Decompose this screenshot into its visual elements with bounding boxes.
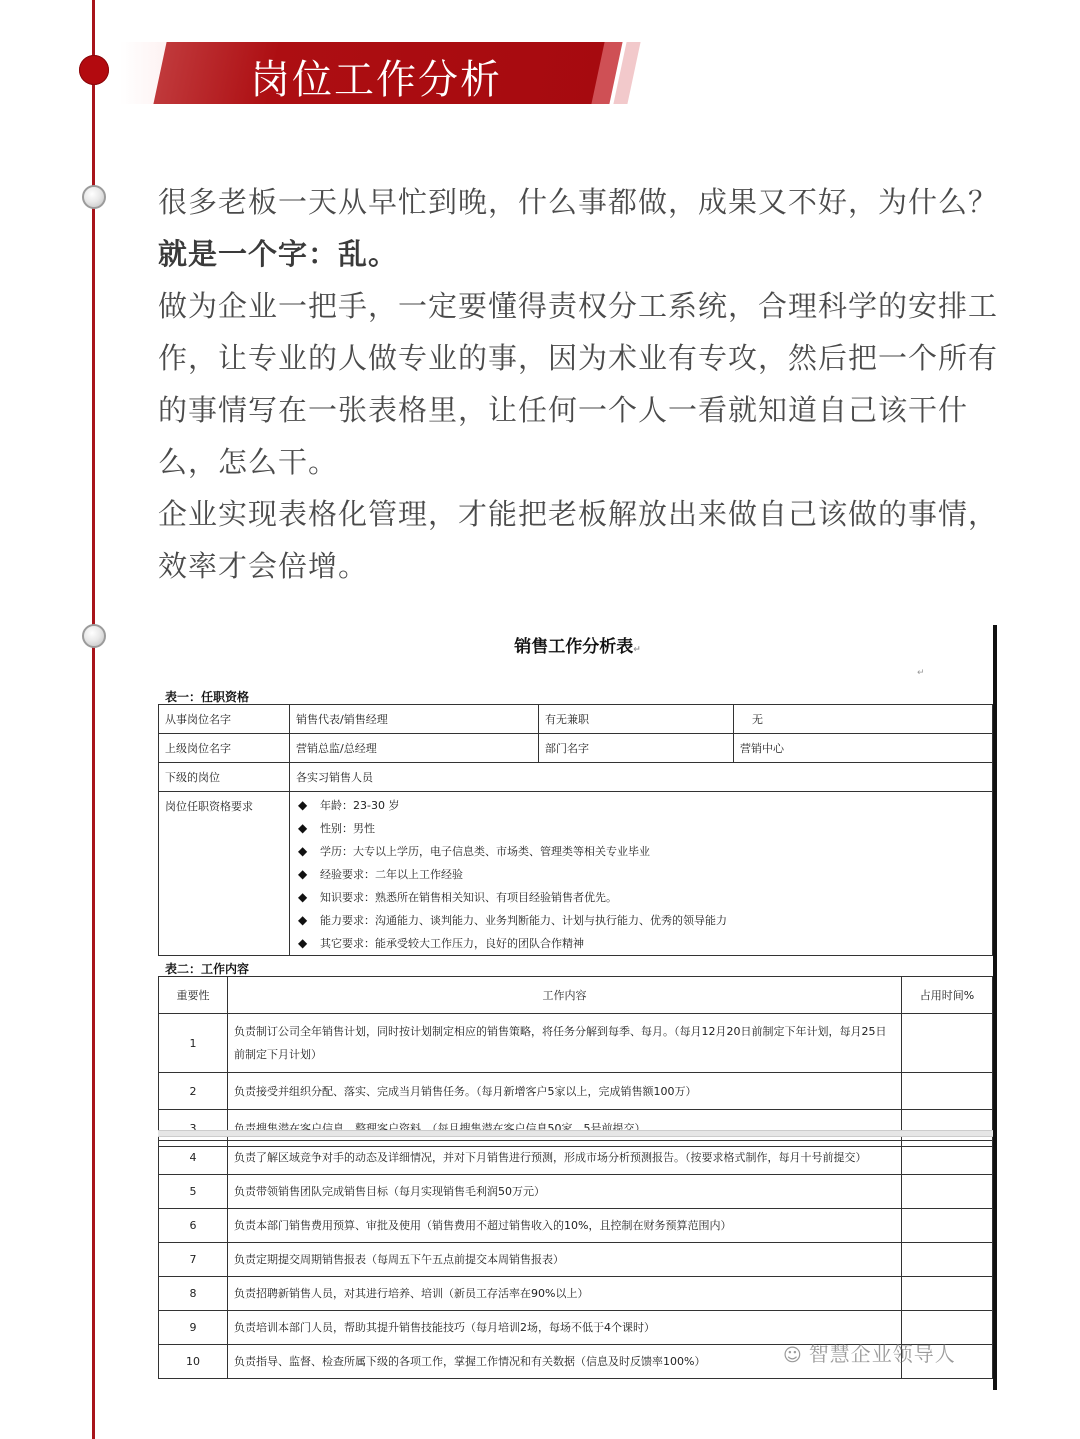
table-row: 从事岗位名字 销售代表/销售经理 有无兼职 无: [159, 705, 993, 734]
list-item: ◆其它要求：能承受较大工作压力，良好的团队合作精神: [296, 932, 986, 955]
page-edge: [993, 625, 997, 1390]
diamond-bullet-icon: ◆: [298, 794, 307, 817]
table-cell: 无: [734, 705, 993, 734]
table-row: 6 负责本部门销售费用预算、审批及使用（销售费用不超过销售收入的10%，且控制在…: [159, 1209, 993, 1243]
table-cell: [902, 1014, 993, 1073]
table-header-row: 重要性 工作内容 占用时间%: [159, 977, 993, 1014]
table-cell: 销售代表/销售经理: [290, 705, 539, 734]
table-cell: 6: [159, 1209, 228, 1243]
table-cell: 负责带领销售团队完成销售目标（每月实现销售毛利润50万元）: [228, 1175, 902, 1209]
diamond-bullet-icon: ◆: [298, 886, 307, 909]
table-cell: [902, 1209, 993, 1243]
requirements-cell: ◆年龄：23-30 岁 ◆性别：男性 ◆学历：大专以上学历，电子信息类、市场类、…: [290, 792, 993, 956]
table-cell: 负责本部门销售费用预算、审批及使用（销售费用不超过销售收入的10%，且控制在财务…: [228, 1209, 902, 1243]
table-cell: 9: [159, 1311, 228, 1345]
column-header: 占用时间%: [902, 977, 993, 1014]
table-cell: [902, 1175, 993, 1209]
list-item: ◆年龄：23-30 岁: [296, 794, 986, 817]
table-cell: 各实习销售人员: [290, 763, 993, 792]
column-header: 重要性: [159, 977, 228, 1014]
table-cell: 1: [159, 1014, 228, 1073]
table-cell: 岗位任职资格要求: [159, 792, 290, 956]
table-cell: 负责接受并组织分配、落实、完成当月销售任务。（每月新增客户5家以上，完成销售额1…: [228, 1073, 902, 1110]
table-cell: 营销中心: [734, 734, 993, 763]
work-content-table: 重要性 工作内容 占用时间% 1 负责制订公司全年销售计划，同时按计划制定相应的…: [158, 976, 993, 1147]
diamond-bullet-icon: ◆: [298, 863, 307, 886]
table-cell: [902, 1243, 993, 1277]
intro-question: 很多老板一天从早忙到晚，什么事都做，成果又不好，为什么？: [158, 176, 1018, 228]
intro-paragraph: 做为企业一把手，一定要懂得责权分工系统，合理科学的安排工作，让专业的人做专业的事…: [158, 280, 1018, 488]
table-row: 7 负责定期提交周期销售报表（每周五下午五点前提交本周销售报表）: [159, 1243, 993, 1277]
list-item: ◆经验要求：二年以上工作经验: [296, 863, 986, 886]
timeline-dot-active-icon: [79, 55, 109, 85]
table-cell: 下级的岗位: [159, 763, 290, 792]
table-row: 岗位任职资格要求 ◆年龄：23-30 岁 ◆性别：男性 ◆学历：大专以上学历，电…: [159, 792, 993, 956]
watermark: ☺智慧企业领导人: [783, 1338, 956, 1367]
timeline-line: [92, 0, 95, 1439]
list-item: ◆学历：大专以上学历，电子信息类、市场类、管理类等相关专业毕业: [296, 840, 986, 863]
table-cell: 4: [159, 1141, 228, 1175]
table-cell: 5: [159, 1175, 228, 1209]
table-row: 上级岗位名字 营销总监/总经理 部门名字 营销中心: [159, 734, 993, 763]
document-title: 销售工作分析表↵: [155, 632, 1000, 657]
page-break: [158, 1130, 993, 1137]
table-cell: 从事岗位名字: [159, 705, 290, 734]
diamond-bullet-icon: ◆: [298, 932, 307, 955]
table-cell: [902, 1141, 993, 1175]
table-row: 5 负责带领销售团队完成销售目标（每月实现销售毛利润50万元）: [159, 1175, 993, 1209]
table-cell: 2: [159, 1073, 228, 1110]
list-item: ◆能力要求：沟通能力、谈判能力、业务判断能力、计划与执行能力、优秀的领导能力: [296, 909, 986, 932]
table-cell: 负责了解区域竞争对手的动态及详细情况，并对下月销售进行预测，形成市场分析预测报告…: [228, 1141, 902, 1175]
table-row: 4 负责了解区域竞争对手的动态及详细情况，并对下月销售进行预测，形成市场分析预测…: [159, 1141, 993, 1175]
table1-label: 表一：任职资格: [165, 688, 249, 705]
table-cell: 上级岗位名字: [159, 734, 290, 763]
section-banner: 岗位工作分析: [120, 42, 640, 104]
requirements-list: ◆年龄：23-30 岁 ◆性别：男性 ◆学历：大专以上学历，电子信息类、市场类、…: [296, 794, 986, 955]
section-title: 岗位工作分析: [250, 48, 502, 105]
list-item: ◆性别：男性: [296, 817, 986, 840]
table-cell: 负责制订公司全年销售计划，同时按计划制定相应的销售策略，将任务分解到每季、每月。…: [228, 1014, 902, 1073]
intro-text: 很多老板一天从早忙到晚，什么事都做，成果又不好，为什么？ 就是一个字：乱。 做为…: [158, 176, 1018, 592]
table-cell: 负责招聘新销售人员，对其进行培养、培训（新员工存活率在90%以上）: [228, 1277, 902, 1311]
return-mark: ↵: [917, 668, 925, 678]
table-cell: 营销总监/总经理: [290, 734, 539, 763]
table-row: 2 负责接受并组织分配、落实、完成当月销售任务。（每月新增客户5家以上，完成销售…: [159, 1073, 993, 1110]
timeline-dot-icon: [82, 185, 106, 209]
diamond-bullet-icon: ◆: [298, 840, 307, 863]
diamond-bullet-icon: ◆: [298, 817, 307, 840]
qualification-table: 从事岗位名字 销售代表/销售经理 有无兼职 无 上级岗位名字 营销总监/总经理 …: [158, 704, 993, 956]
table-cell: 10: [159, 1345, 228, 1379]
table-row: 1 负责制订公司全年销售计划，同时按计划制定相应的销售策略，将任务分解到每季、每…: [159, 1014, 993, 1073]
document-screenshot: 销售工作分析表↵ ↵ 表一：任职资格 从事岗位名字 销售代表/销售经理 有无兼职…: [155, 622, 1000, 1392]
table-cell: [902, 1277, 993, 1311]
table-cell: 有无兼职: [539, 705, 734, 734]
timeline-dot-icon: [82, 624, 106, 648]
intro-answer: 就是一个字：乱。: [158, 228, 1018, 280]
table-cell: 部门名字: [539, 734, 734, 763]
table-cell: 7: [159, 1243, 228, 1277]
table-cell: 8: [159, 1277, 228, 1311]
wechat-icon: ☺: [783, 1345, 803, 1366]
diamond-bullet-icon: ◆: [298, 909, 307, 932]
table2-label: 表二：工作内容: [165, 960, 249, 977]
table-row: 下级的岗位 各实习销售人员: [159, 763, 993, 792]
table-cell: [902, 1073, 993, 1110]
table-row: 8 负责招聘新销售人员，对其进行培养、培训（新员工存活率在90%以上）: [159, 1277, 993, 1311]
table-cell: 负责定期提交周期销售报表（每周五下午五点前提交本周销售报表）: [228, 1243, 902, 1277]
column-header: 工作内容: [228, 977, 902, 1014]
intro-paragraph: 企业实现表格化管理，才能把老板解放出来做自己该做的事情，效率才会倍增。: [158, 488, 1018, 592]
list-item: ◆知识要求：熟悉所在销售相关知识、有项目经验销售者优先。: [296, 886, 986, 909]
